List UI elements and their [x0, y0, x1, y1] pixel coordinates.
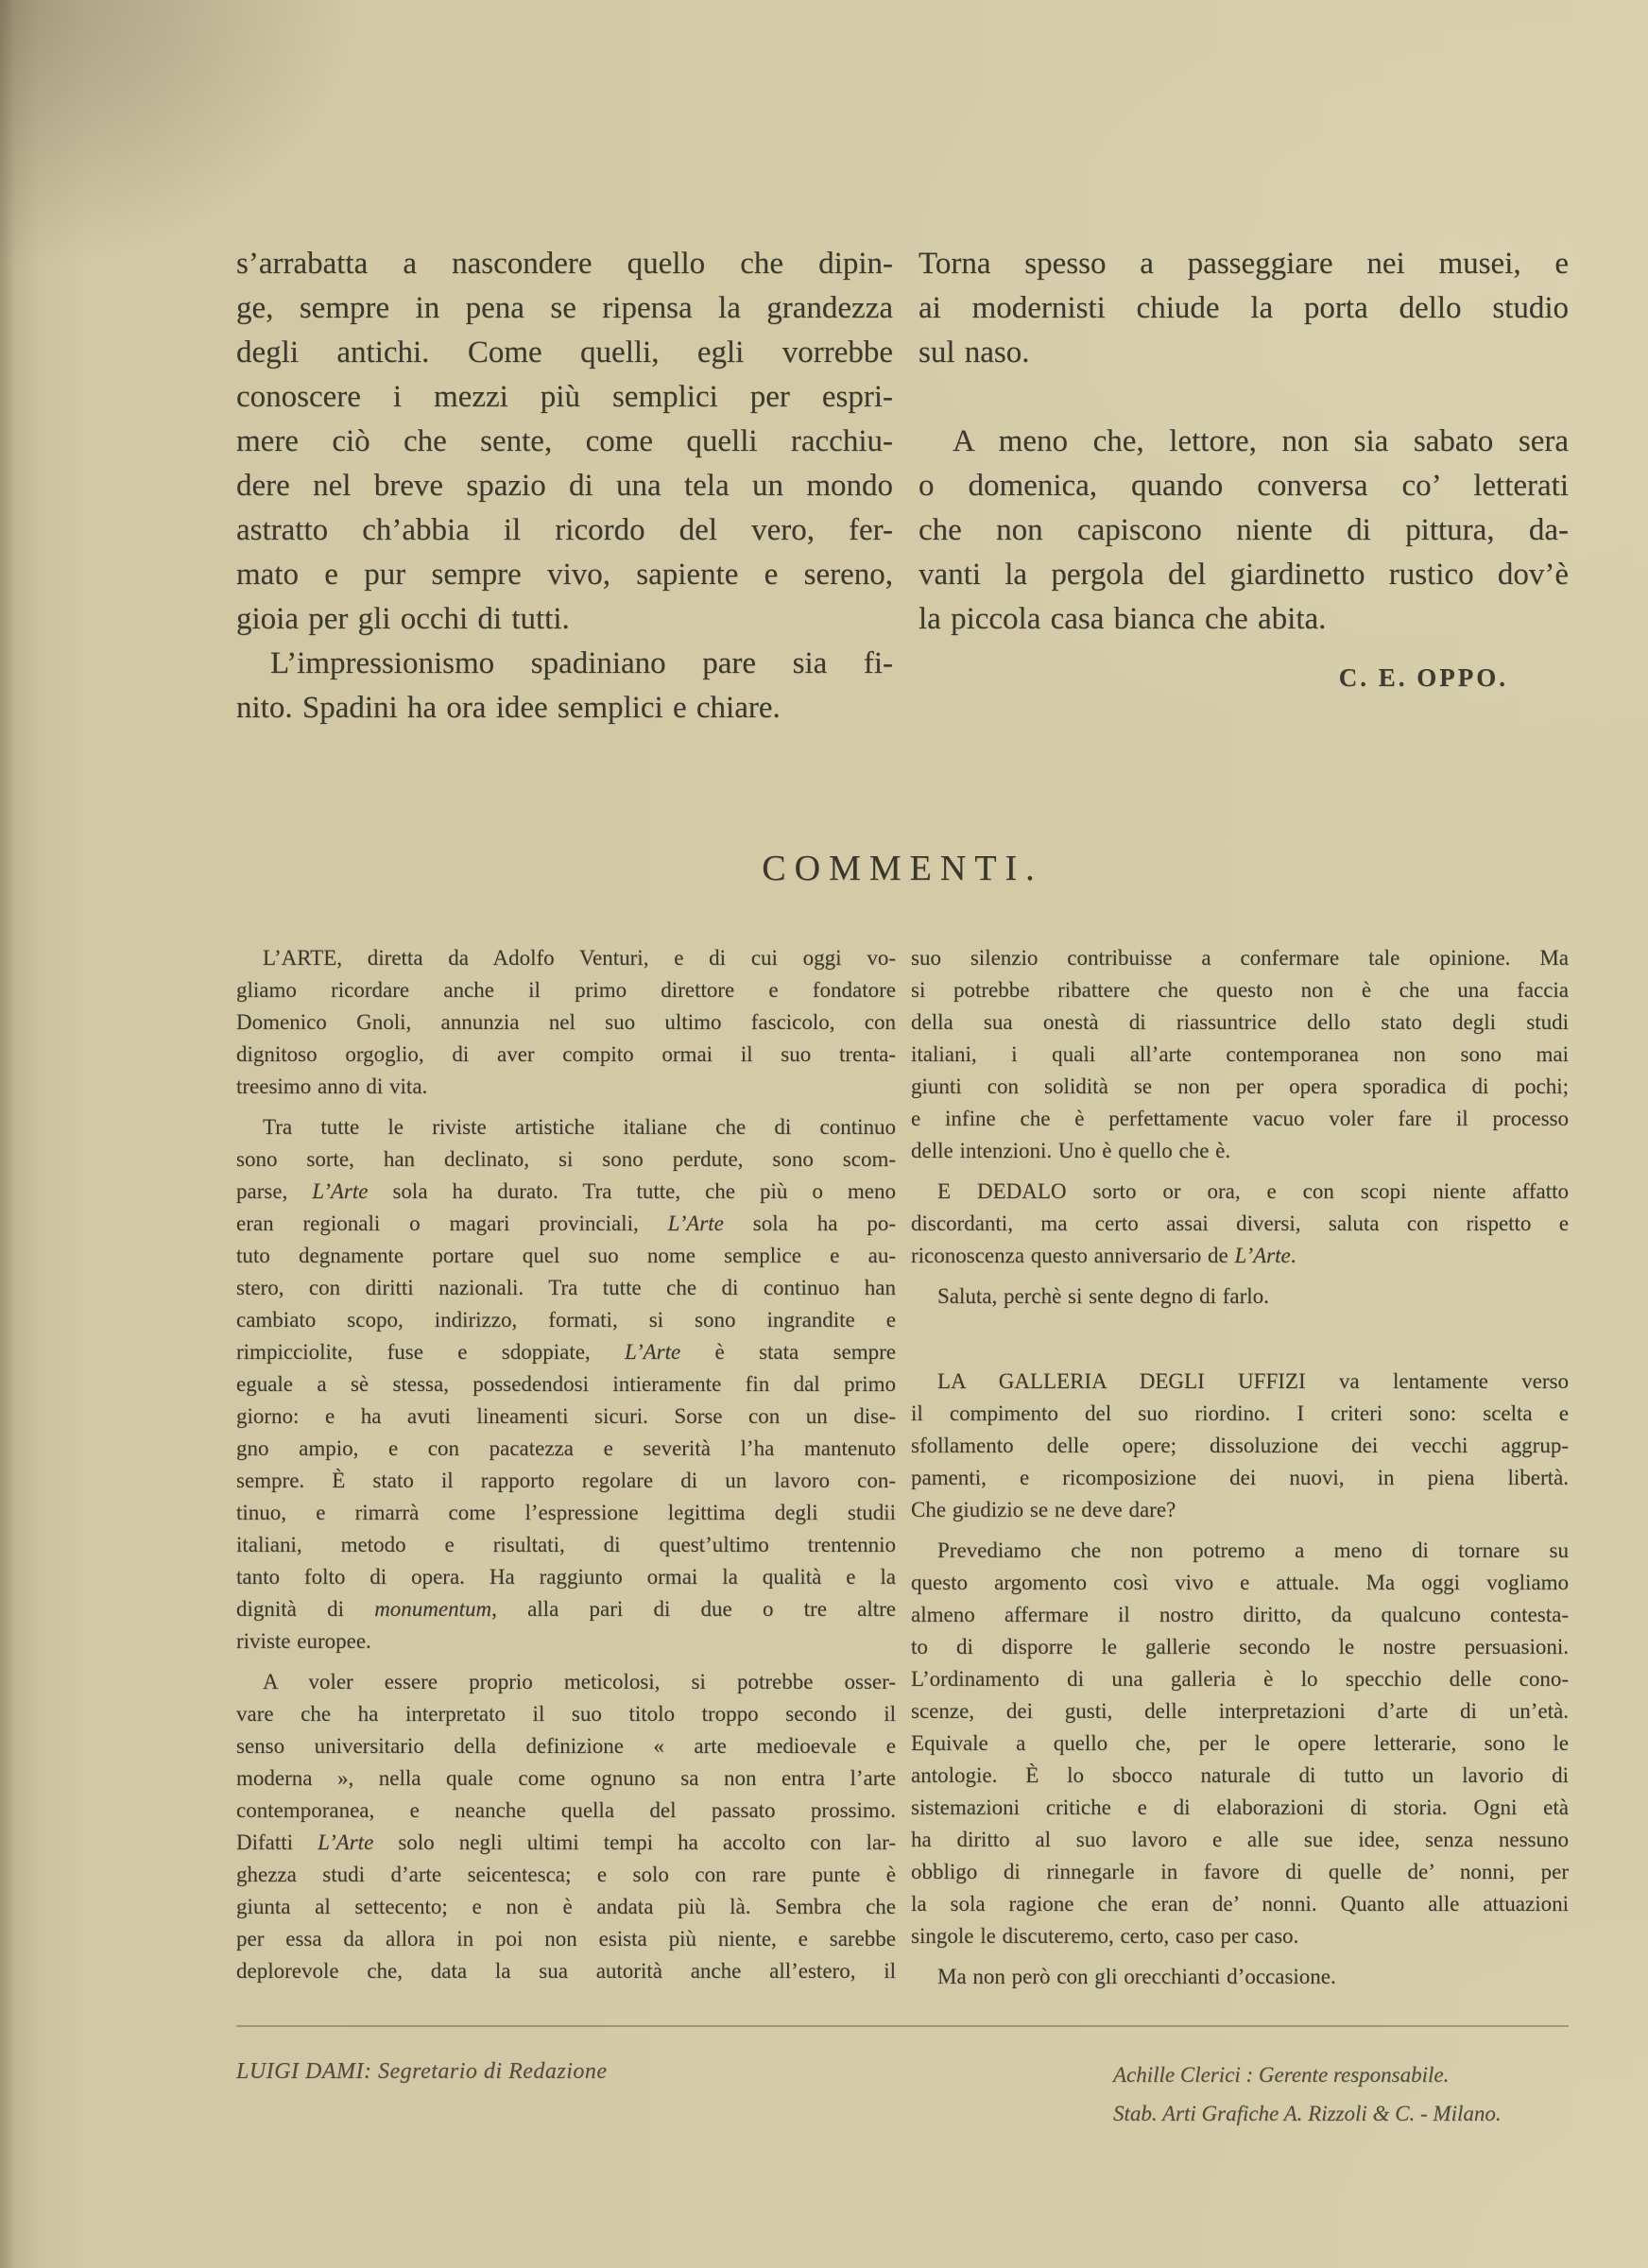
paragraph: L’ARTE, diretta da Adolfo Venturi, e di …	[236, 942, 896, 1103]
text-line: deplorevole che, data la sua autorità an…	[236, 1955, 896, 1987]
text-line: Difatti L’Arte solo negli ultimi tempi h…	[236, 1827, 896, 1859]
text-line: A voler essere proprio meticolosi, si po…	[236, 1666, 896, 1698]
text-line: L’ARTE, diretta da Adolfo Venturi, e di …	[236, 942, 896, 974]
footer-divider-rule	[236, 2025, 1569, 2027]
text-line: dignitoso orgoglio, di aver compito orma…	[236, 1039, 896, 1071]
text-line: italiani, metodo e risultati, di quest’u…	[236, 1529, 896, 1561]
text-line: almeno affermare il nostro diritto, da q…	[911, 1599, 1569, 1631]
paragraph: L’impressionismo spadiniano pare sia fi-…	[236, 642, 893, 730]
text-line: gliamo ricordare anche il primo direttor…	[236, 974, 896, 1006]
text-line: pamenti, e ricomposizione dei nuovi, in …	[911, 1462, 1569, 1494]
text-line: Saluta, perchè si sente degno di farlo.	[911, 1280, 1569, 1313]
text-line: ha diritto al suo lavoro e alle sue idee…	[911, 1824, 1569, 1856]
author-signature: C. E. OPPO.	[918, 659, 1569, 696]
paragraph: A meno che, lettore, non sia sabato sera…	[918, 420, 1569, 642]
text-line: o domenica, quando conversa co’ letterat…	[918, 464, 1569, 508]
text-line: antologie. È lo sbocco naturale di tutto…	[911, 1760, 1569, 1792]
text-line: tinuo, e rimarrà come l’espressione legi…	[236, 1497, 896, 1529]
text-line: sempre. È stato il rapporto regolare di …	[236, 1465, 896, 1497]
text-line: della sua onestà di riassuntrice dello s…	[911, 1006, 1569, 1039]
text-line: ghezza studi d’arte seicentesca; e solo …	[236, 1859, 896, 1891]
text-line: sono sorte, han declinato, si sono perdu…	[236, 1143, 896, 1176]
text-line: dere nel breve spazio di una tela un mon…	[236, 464, 893, 508]
article-right-column: Torna spesso a passeggiare nei musei, ea…	[918, 242, 1569, 730]
text-line: scenze, dei gusti, delle interpretazioni…	[911, 1695, 1569, 1727]
section-heading-commenti: COMMENTI.	[236, 844, 1569, 893]
text-line: eran regionali o magari provinciali, L’A…	[236, 1208, 896, 1240]
text-line: vare che ha interpretato il suo titolo t…	[236, 1698, 896, 1730]
text-line: L’impressionismo spadiniano pare sia fi-	[236, 642, 893, 686]
footer: LUIGI DAMI: Segretario di Redazione Achi…	[236, 2035, 1569, 2133]
text-line: Ma non però con gli orecchianti d’occasi…	[911, 1961, 1569, 1993]
paragraph: Torna spesso a passeggiare nei musei, ea…	[918, 242, 1569, 375]
text-line: giunta al settecento; e non è andata più…	[236, 1891, 896, 1923]
comments-section: L’ARTE, diretta da Adolfo Venturi, e di …	[236, 942, 1569, 1993]
text-line: si potrebbe ribattere che questo non è c…	[911, 974, 1569, 1006]
paragraph: A voler essere proprio meticolosi, si po…	[236, 1666, 896, 1987]
paragraph: Tra tutte le riviste artistiche italiane…	[236, 1111, 896, 1658]
text-line: astratto ch’abbia il ricordo del vero, f…	[236, 508, 893, 553]
text-line: eguale a sè stessa, possedendosi intiera…	[236, 1368, 896, 1400]
text-line: LA GALLERIA DEGLI UFFIZI va lentamente v…	[911, 1366, 1569, 1398]
text-line: conoscere i mezzi più semplici per espri…	[236, 375, 893, 420]
text-line: per essa da allora in poi non esista più…	[236, 1923, 896, 1955]
footer-printer-note: Stab. Arti Grafiche A. Rizzoli & C. - Mi…	[1113, 2094, 1569, 2133]
text-line: degli antichi. Come quelli, egli vorrebb…	[236, 331, 893, 375]
text-line: Domenico Gnoli, annunzia nel suo ultimo …	[236, 1006, 896, 1039]
text-line: A meno che, lettore, non sia sabato sera	[918, 420, 1569, 464]
article-right-paragraphs: Torna spesso a passeggiare nei musei, ea…	[918, 242, 1569, 642]
text-line: parse, L’Arte sola ha durato. Tra tutte,…	[236, 1176, 896, 1208]
footer-imprint: Achille Clerici : Gerente responsabile. …	[1113, 2055, 1569, 2133]
text-line: e infine che è perfettamente vacuo voler…	[911, 1103, 1569, 1135]
page-content: s’arrabatta a nascondere quello che dipi…	[236, 0, 1569, 2133]
text-line: contemporanea, e neanche quella del pass…	[236, 1795, 896, 1827]
text-line: giunti con solidità se non per opera spo…	[911, 1071, 1569, 1103]
text-line: L’ordinamento di una galleria è lo specc…	[911, 1663, 1569, 1695]
text-line: discordanti, ma certo assai diversi, sal…	[911, 1208, 1569, 1240]
text-line: to di disporre le gallerie secondo le no…	[911, 1631, 1569, 1663]
text-line: il compimento del suo riordino. I criter…	[911, 1398, 1569, 1430]
text-line: vanti la pergola del giardinetto rustico…	[918, 553, 1569, 597]
text-line: ge, sempre in pena se ripensa la grandez…	[236, 286, 893, 331]
text-line: sfollamento delle opere; dissoluzione de…	[911, 1430, 1569, 1462]
paragraph: s’arrabatta a nascondere quello che dipi…	[236, 242, 893, 642]
text-line: ai modernisti chiude la porta dello stud…	[918, 286, 1569, 331]
paragraph: Prevediamo che non potremo a meno di tor…	[911, 1535, 1569, 1952]
text-line: suo silenzio contribuisse a confermare t…	[911, 942, 1569, 974]
text-line: giorno: e ha avuti lineamenti sicuri. So…	[236, 1400, 896, 1433]
text-line: dignità di monumentum, alla pari di due …	[236, 1593, 896, 1625]
magazine-page-scan: s’arrabatta a nascondere quello che dipi…	[0, 0, 1648, 2268]
paragraph: E DEDALO sorto or ora, e con scopi nient…	[911, 1176, 1569, 1272]
text-line: tuto degnamente portare quel suo nome se…	[236, 1240, 896, 1272]
paragraph: suo silenzio contribuisse a confermare t…	[911, 942, 1569, 1167]
text-line: che non capiscono niente di pittura, da-	[918, 508, 1569, 553]
text-line: italiani, i quali all’arte contemporanea…	[911, 1039, 1569, 1071]
paragraph: LA GALLERIA DEGLI UFFIZI va lentamente v…	[911, 1366, 1569, 1526]
article-left-column: s’arrabatta a nascondere quello che dipi…	[236, 242, 893, 730]
article-end-section: s’arrabatta a nascondere quello che dipi…	[236, 0, 1569, 730]
text-line: Torna spesso a passeggiare nei musei, e	[918, 242, 1569, 286]
footer-editor-note: LUIGI DAMI: Segretario di Redazione	[236, 2055, 608, 2133]
text-line: sistemazioni critiche e di elaborazioni …	[911, 1792, 1569, 1824]
text-line: questo argomento così vivo e attuale. Ma…	[911, 1567, 1569, 1599]
comments-right-column: suo silenzio contribuisse a confermare t…	[911, 942, 1569, 1993]
text-line: tanto folto di opera. Ha raggiunto ormai…	[236, 1561, 896, 1593]
text-line: mato e pur sempre vivo, sapiente e seren…	[236, 553, 893, 597]
paragraph: Saluta, perchè si sente degno di farlo.	[911, 1280, 1569, 1313]
text-line: Tra tutte le riviste artistiche italiane…	[236, 1111, 896, 1143]
text-line: Prevediamo che non potremo a meno di tor…	[911, 1535, 1569, 1567]
text-line: obbligo di rinnegarle in favore di quell…	[911, 1856, 1569, 1888]
text-line: s’arrabatta a nascondere quello che dipi…	[236, 242, 893, 286]
text-line: E DEDALO sorto or ora, e con scopi nient…	[911, 1176, 1569, 1208]
text-line: gno ampio, e con pacatezza e severità l’…	[236, 1433, 896, 1465]
comments-left-column: L’ARTE, diretta da Adolfo Venturi, e di …	[236, 942, 896, 1993]
text-line: rimpicciolite, fuse e sdoppiate, L’Arte …	[236, 1336, 896, 1368]
text-line: Equivale a quello che, per le opere lett…	[911, 1727, 1569, 1760]
text-line: cambiato scopo, indirizzo, formati, si s…	[236, 1304, 896, 1336]
text-line: stero, con diritti nazionali. Tra tutte …	[236, 1272, 896, 1304]
paragraph: Ma non però con gli orecchianti d’occasi…	[911, 1961, 1569, 1993]
text-line: la sola ragione che eran de’ nonni. Quan…	[911, 1888, 1569, 1920]
text-line: moderna », nella quale come ognuno sa no…	[236, 1762, 896, 1795]
text-line: senso universitario della definizione « …	[236, 1730, 896, 1762]
footer-manager-note: Achille Clerici : Gerente responsabile.	[1113, 2055, 1569, 2094]
text-line: mere ciò che sente, come quelli racchiu-	[236, 420, 893, 464]
